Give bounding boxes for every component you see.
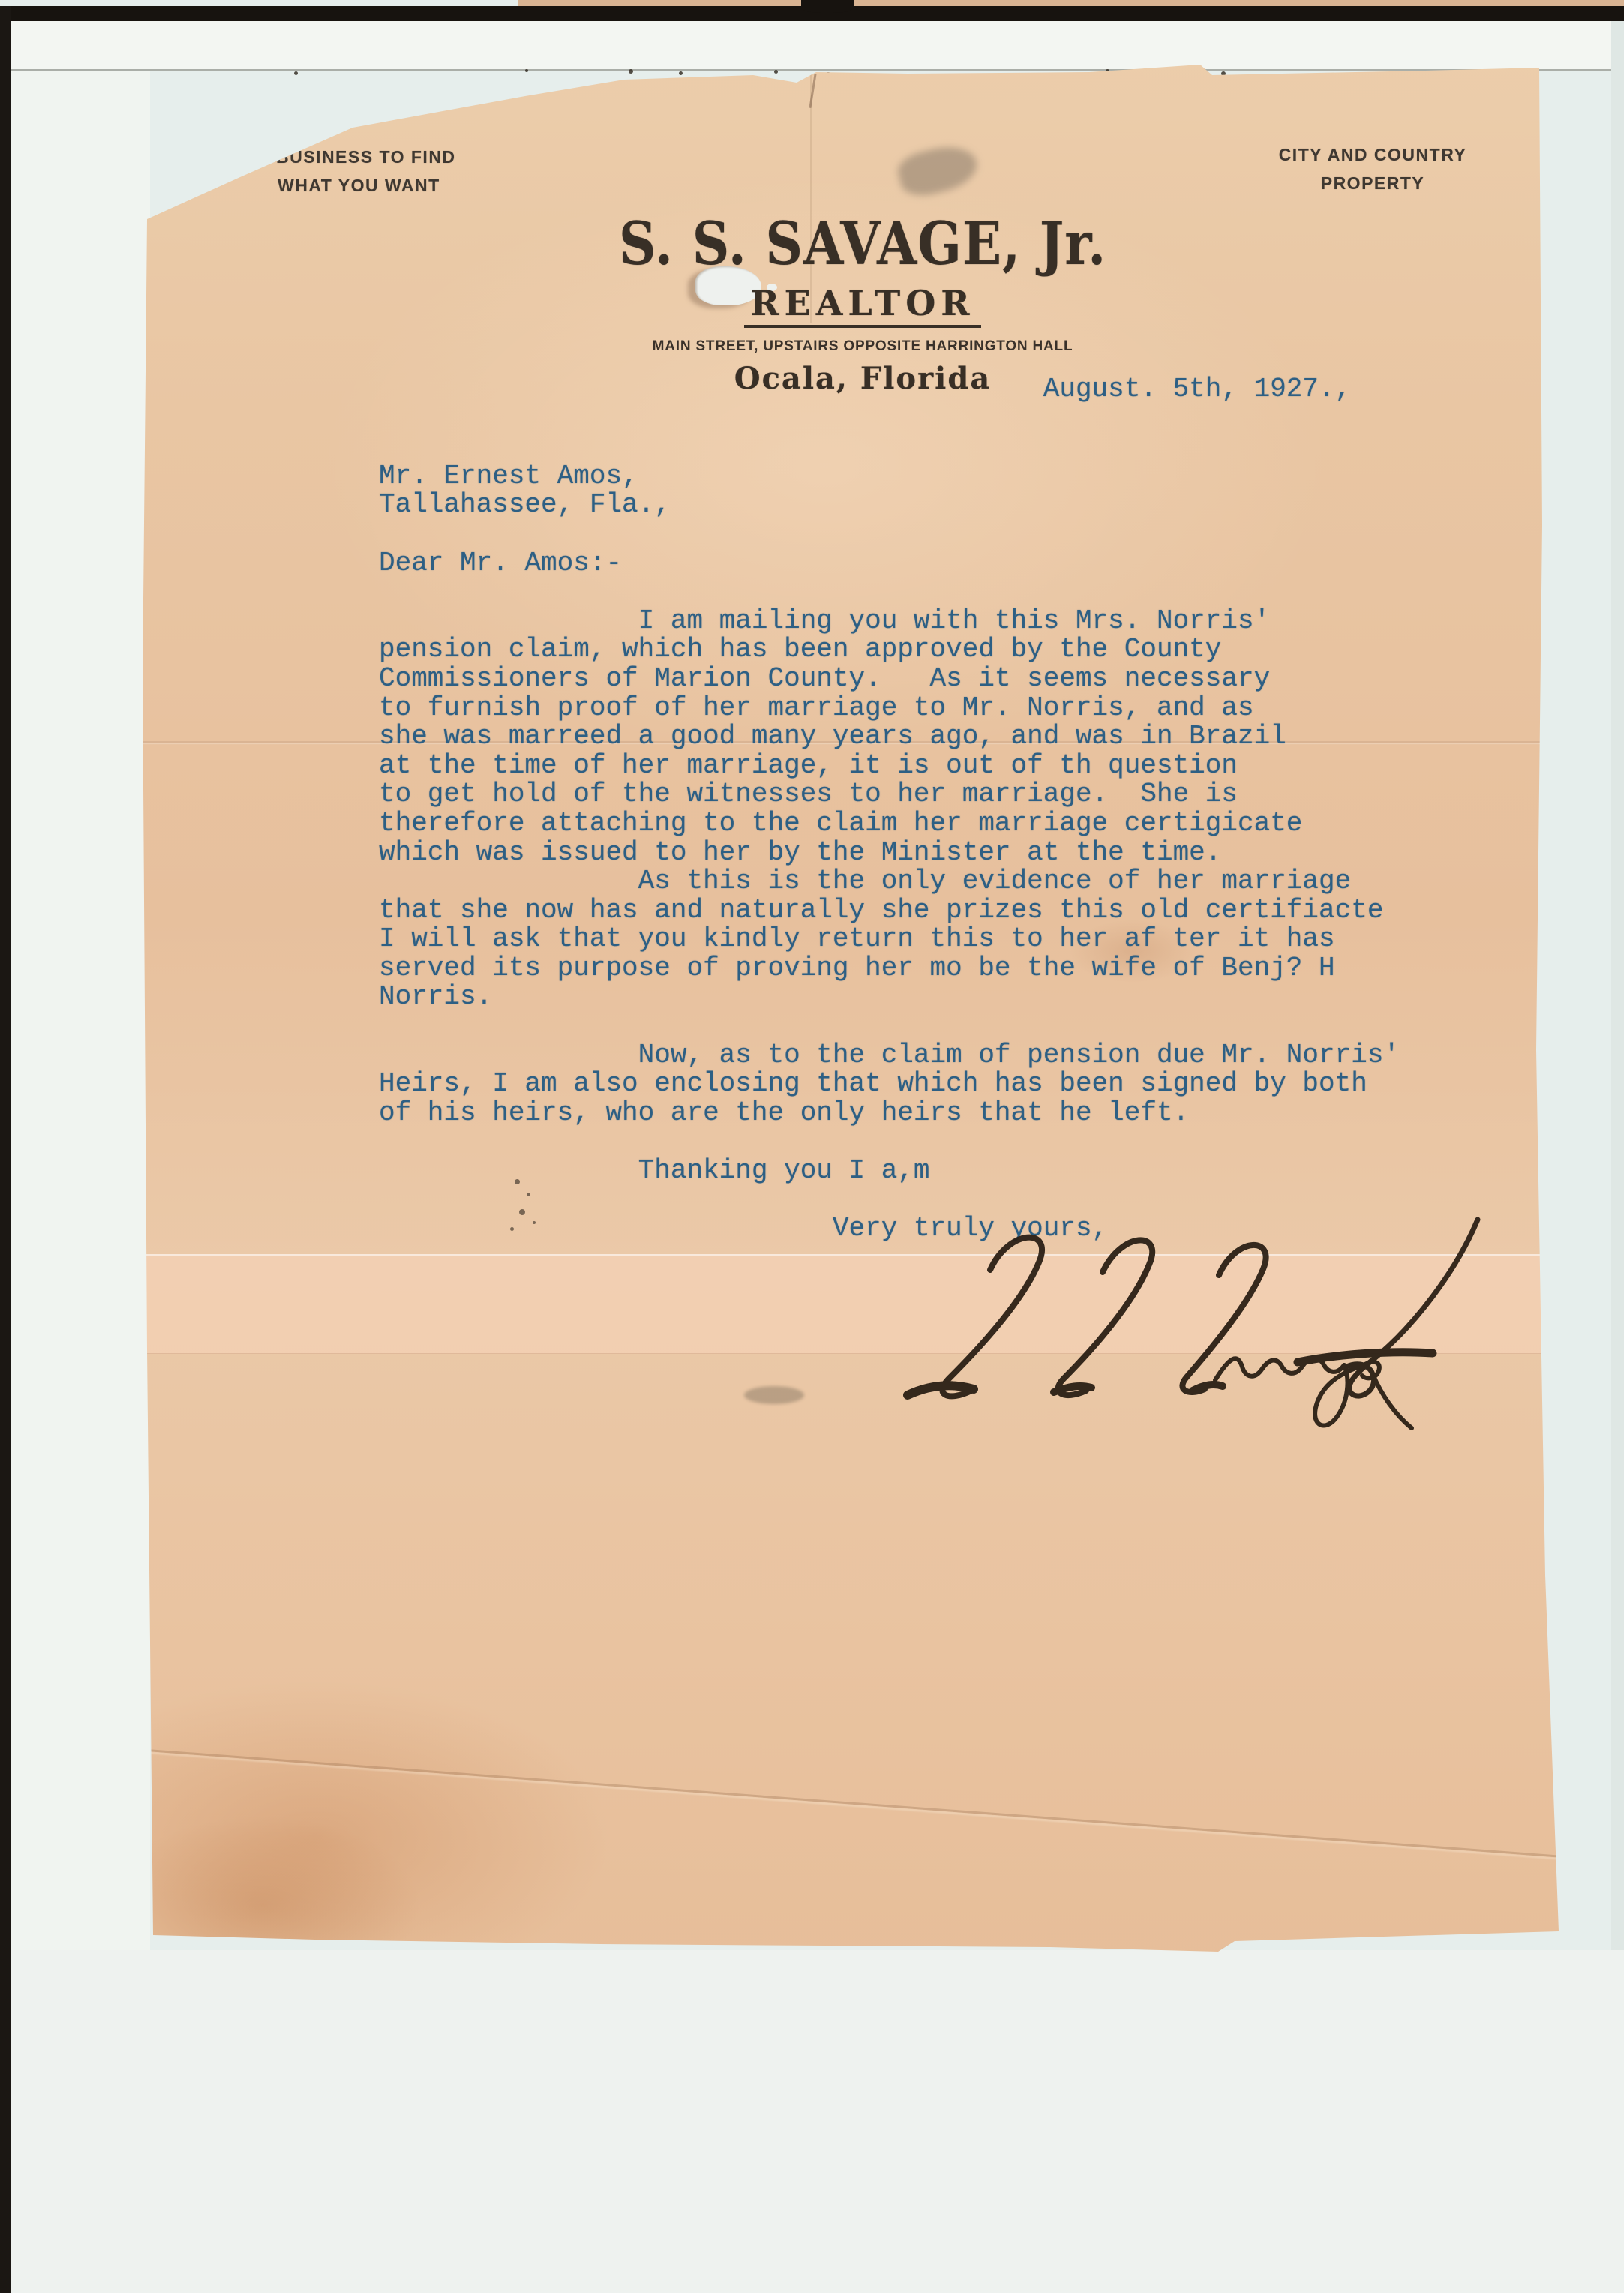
slogan-left-line2: WHAT YOU WANT bbox=[278, 176, 440, 196]
slogan-right-line1: CITY AND COUNTRY bbox=[1268, 145, 1478, 165]
scanned-letter-page: BUSINESS TO FIND WHAT YOU WANT CITY AND … bbox=[0, 0, 1624, 2293]
letter-paper: BUSINESS TO FIND WHAT YOU WANT CITY AND … bbox=[0, 0, 1624, 2293]
scan-left-edge bbox=[0, 6, 11, 2293]
letterhead: S. S. SAVAGE, Jr. REALTOR MAIN STREET, U… bbox=[480, 209, 1245, 396]
cutoff-text-fragment bbox=[257, 153, 269, 161]
letterhead-name: S. S. SAVAGE, Jr. bbox=[488, 209, 1238, 278]
letterhead-address: MAIN STREET, UPSTAIRS OPPOSITE HARRINGTO… bbox=[480, 338, 1245, 355]
dust-speck bbox=[774, 70, 778, 74]
gray-stain bbox=[895, 140, 982, 201]
slogan-right-line2: PROPERTY bbox=[1268, 173, 1478, 194]
slogan-left-line1: BUSINESS TO FIND bbox=[276, 147, 456, 167]
dust-speck bbox=[294, 71, 298, 75]
dust-speck bbox=[679, 71, 683, 75]
dust-speck bbox=[629, 69, 633, 74]
fold-crease-lower bbox=[147, 1749, 1561, 1858]
scanner-white-strip bbox=[11, 21, 1624, 71]
letterhead-title: REALTOR bbox=[744, 283, 980, 328]
ink-smudge bbox=[744, 1386, 804, 1404]
scan-left-background bbox=[11, 71, 150, 1958]
signature-handwriting bbox=[878, 1206, 1538, 1439]
scan-top-blob bbox=[801, 0, 854, 13]
scan-bottom-background bbox=[11, 1950, 1624, 2293]
typed-letter-body: August. 5th, 1927., Mr. Ernest Amos, Tal… bbox=[379, 375, 1400, 1244]
dust-speck bbox=[525, 69, 528, 72]
